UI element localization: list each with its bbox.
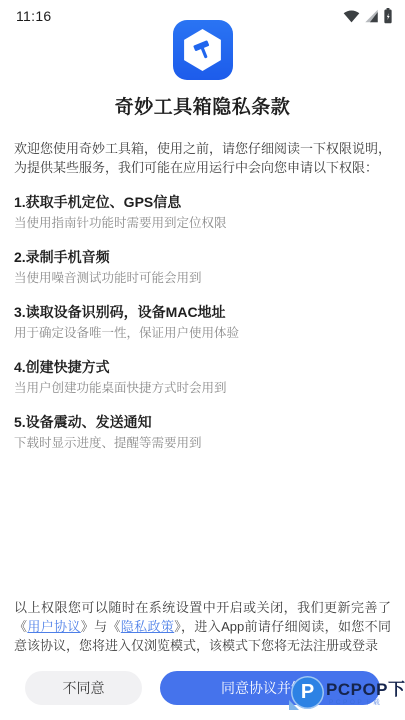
intro-paragraph: 欢迎您使用奇妙工具箱，使用之前，请您仔细阅读一下权限说明，为提供某些服务，我们可…: [14, 139, 391, 177]
permission-title: 4.创建快捷方式: [14, 358, 391, 377]
hexagon-shield-shape: [183, 29, 223, 71]
permission-item: 1.获取手机定位、GPS信息 当使用指南针功能时需要用到定位权限: [14, 193, 391, 232]
permission-title: 2.录制手机音频: [14, 248, 391, 267]
permission-desc: 用于确定设备唯一性，保证用户使用体验: [14, 325, 391, 342]
wifi-icon: [343, 9, 360, 23]
disagree-button[interactable]: 不同意: [25, 671, 142, 705]
agree-continue-button[interactable]: 同意协议并继续: [160, 671, 380, 705]
privacy-policy-link[interactable]: 隐私政策: [121, 619, 174, 634]
permission-title: 3.读取设备识别码，设备MAC地址: [14, 303, 391, 322]
status-bar: 11:16: [0, 0, 405, 28]
hammer-toolbox-app-icon: [173, 20, 233, 80]
permission-item: 3.读取设备识别码，设备MAC地址 用于确定设备唯一性，保证用户使用体验: [14, 303, 391, 342]
permission-item: 5.设备震动、发送通知 下载时显示进度、提醒等需要用到: [14, 413, 391, 452]
footer-text-part2: 》与《: [81, 619, 121, 634]
permission-desc: 当使用指南针功能时需要用到定位权限: [14, 215, 391, 232]
status-icons: [343, 8, 395, 24]
bottom-area: 以上权限您可以随时在系统设置中开启或关闭，我们更新完善了《用户协议》与《隐私政策…: [0, 598, 405, 720]
battery-charging-icon: [383, 8, 393, 24]
permission-item: 4.创建快捷方式 当用户创建功能桌面快捷方式时会用到: [14, 358, 391, 397]
permission-item: 2.录制手机音频 当使用噪音测试功能时可能会用到: [14, 248, 391, 287]
user-agreement-link[interactable]: 用户协议: [27, 619, 80, 634]
permission-desc: 下载时显示进度、提醒等需要用到: [14, 435, 391, 452]
clock-time: 11:16: [16, 8, 52, 24]
footer-paragraph: 以上权限您可以随时在系统设置中开启或关闭，我们更新完善了《用户协议》与《隐私政策…: [14, 598, 391, 655]
permission-desc: 当用户创建功能桌面快捷方式时会用到: [14, 380, 391, 397]
privacy-dialog-screen: 11:16: [0, 0, 405, 720]
button-row: 不同意 同意协议并继续: [0, 671, 405, 705]
page-title: 奇妙工具箱隐私条款: [0, 92, 405, 119]
permission-desc: 当使用噪音测试功能时可能会用到: [14, 270, 391, 287]
cellular-signal-icon: [364, 9, 379, 23]
hammer-icon: [190, 37, 216, 63]
permission-title: 1.获取手机定位、GPS信息: [14, 193, 391, 212]
permission-title: 5.设备震动、发送通知: [14, 413, 391, 432]
